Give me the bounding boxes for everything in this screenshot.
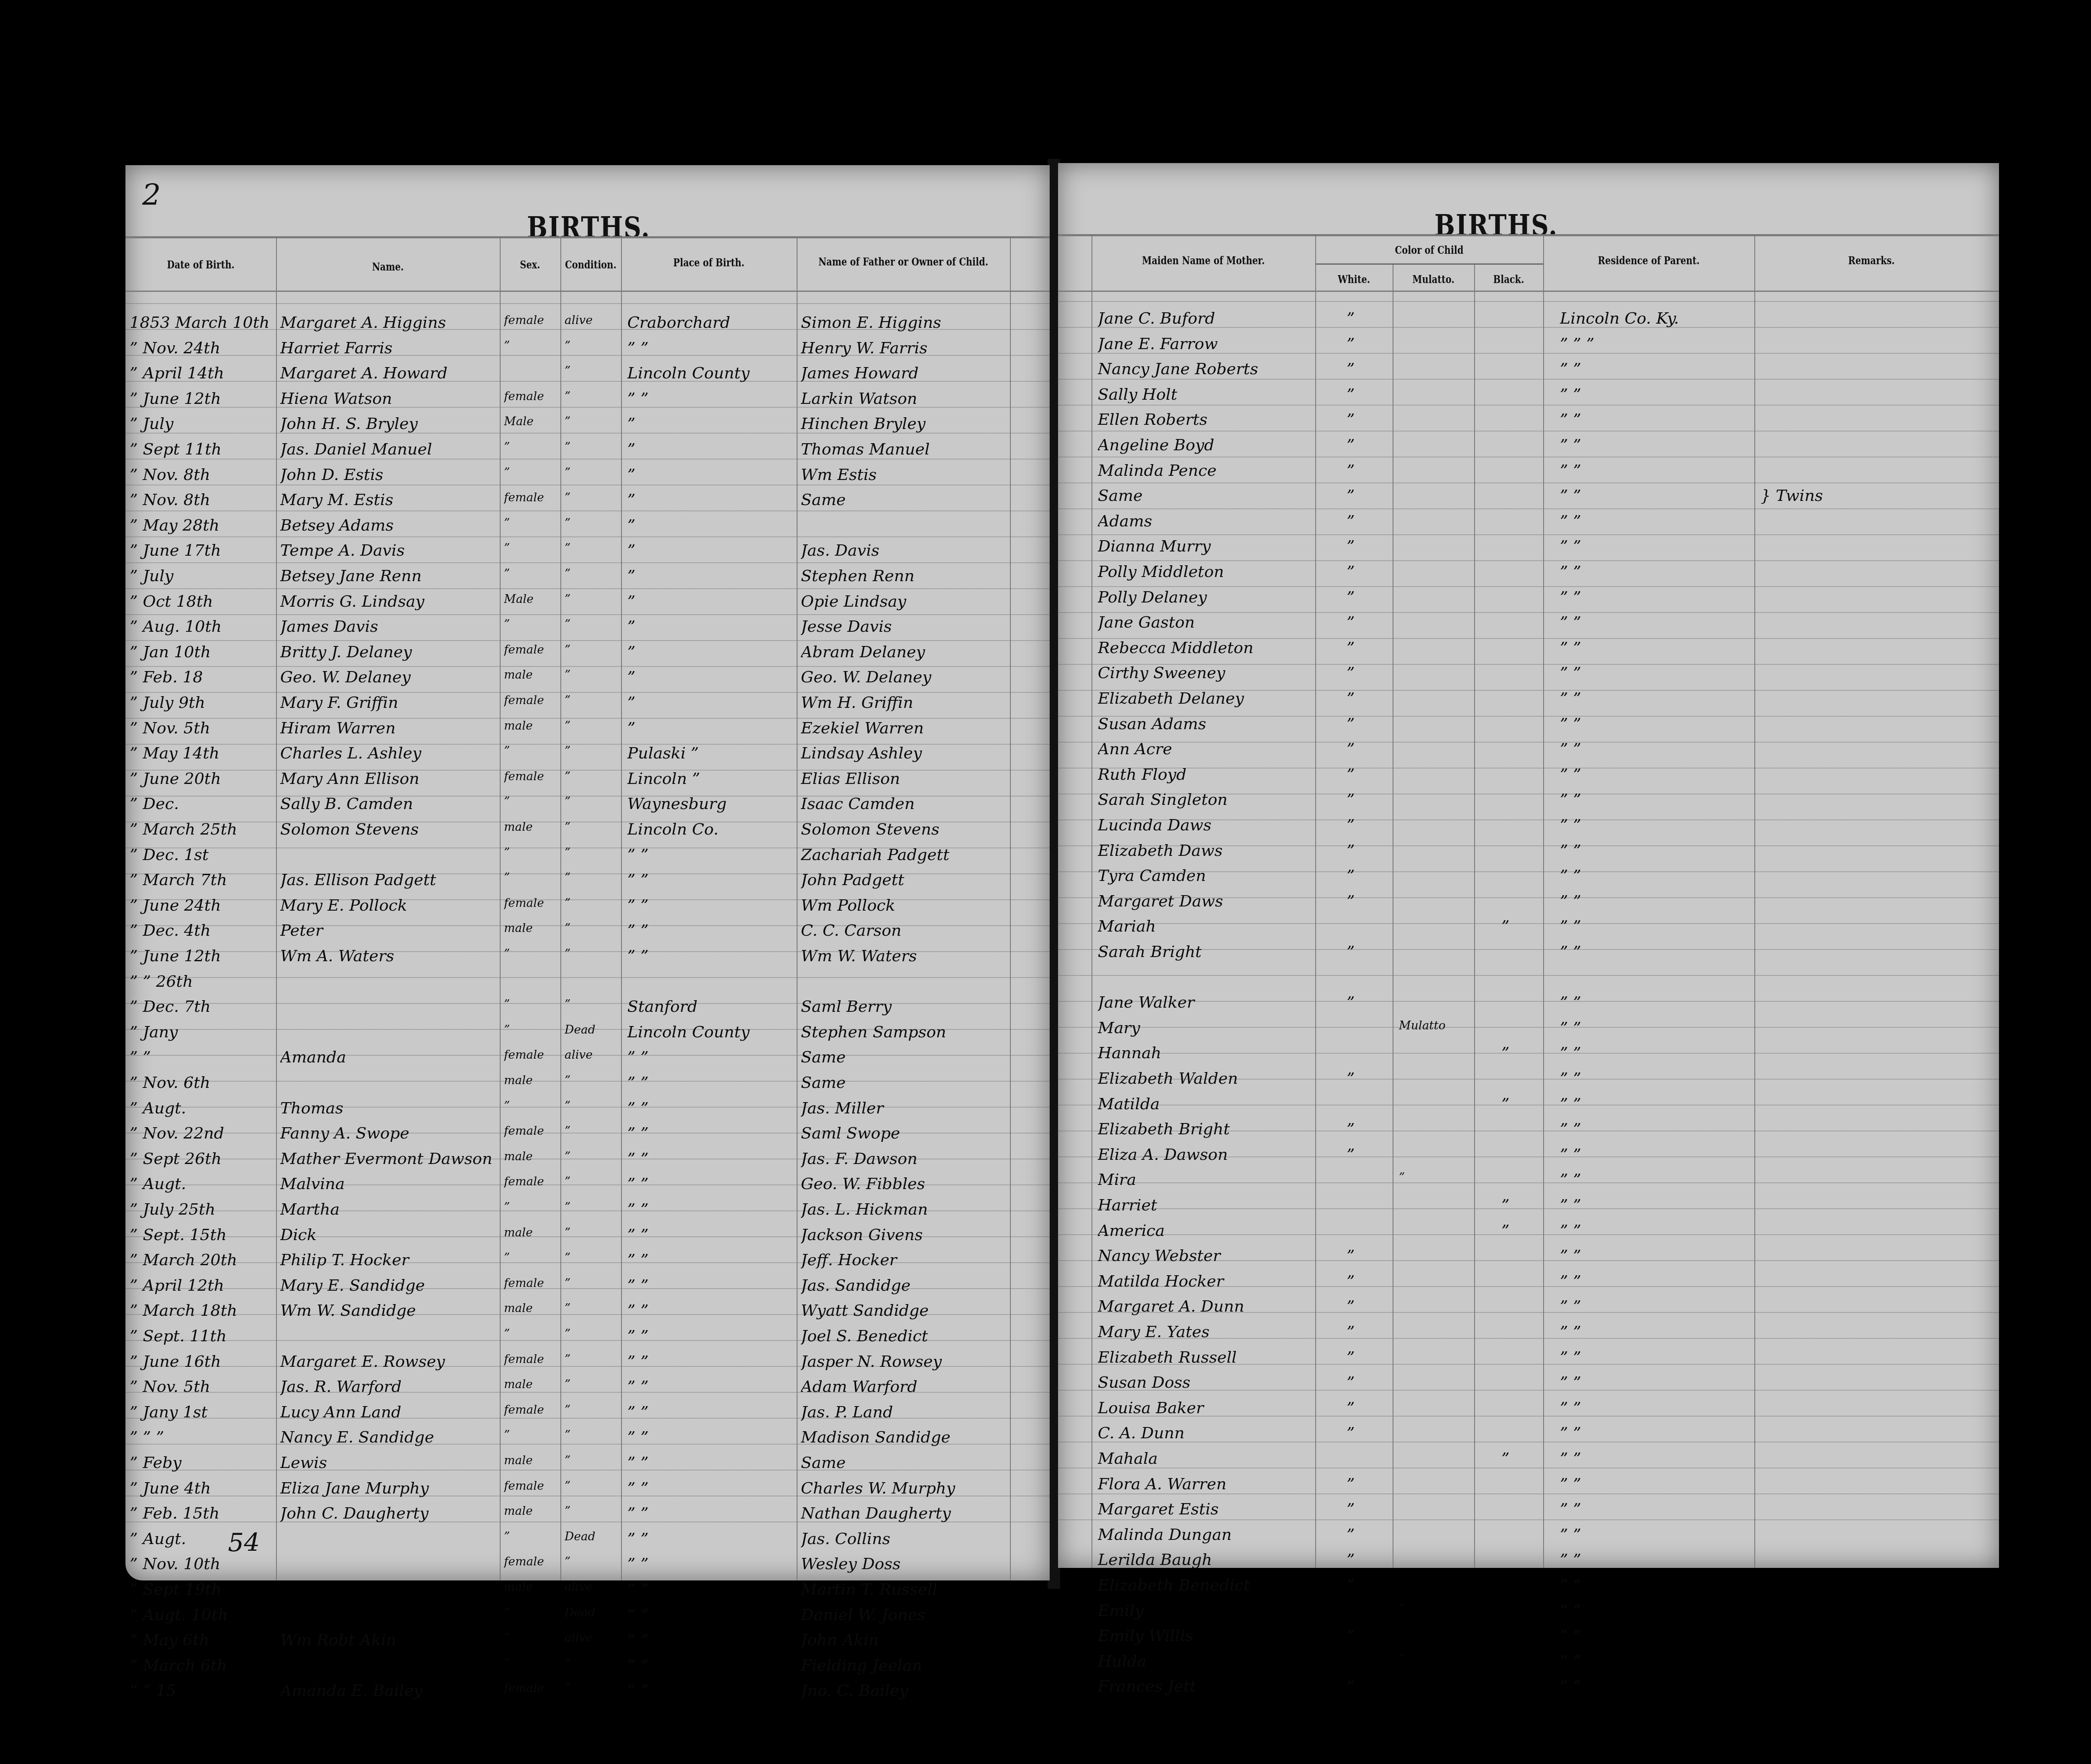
cell-condition: ”: [565, 871, 619, 884]
cell-place: ” ”: [627, 845, 795, 864]
cell-white: ”: [1347, 740, 1388, 758]
cell-name: Philip T. Hocker: [280, 1251, 498, 1269]
cell-condition: alive: [565, 1631, 619, 1644]
cell-residence: ” ”: [1560, 765, 1752, 784]
cell-condition: ”: [565, 1124, 619, 1138]
table-row: ” April 12thMary E. Sandidgefemale”” ”Ja…: [125, 1274, 1050, 1300]
cell-mulatto: ”: [1399, 1652, 1472, 1666]
cell-residence: ” ”: [1560, 715, 1752, 733]
cell-mother: Jane E. Farrow: [1098, 334, 1313, 353]
cell-father: Jno. C. Bailey: [801, 1681, 1008, 1700]
table-row: ” Feb. 15thJohn C. Daughertymale”” ”Nath…: [125, 1502, 1050, 1528]
cell-place: ”: [627, 541, 795, 559]
cell-place: ” ”: [627, 1529, 795, 1548]
cell-sex: Male: [504, 414, 558, 428]
cell-father: Abram Delaney: [801, 643, 1008, 661]
cell-condition: ”: [565, 794, 619, 808]
table-row: ” Dec. 1st””” ”Zachariah Padgett: [125, 844, 1050, 870]
cell-mother: Margaret A. Dunn: [1098, 1297, 1313, 1315]
table-row: ” Jany”DeadLincoln CountyStephen Sampson: [125, 1021, 1050, 1047]
cell-condition: ”: [565, 997, 619, 1011]
cell-white: ”: [1347, 841, 1388, 860]
cell-sex: ”: [504, 947, 558, 960]
table-row: Malinda Pence”” ”: [1058, 460, 1999, 485]
cell-mother: Adams: [1098, 512, 1313, 530]
cell-sex: ”: [504, 465, 558, 479]
table-row: Nancy Jane Roberts”” ”: [1058, 358, 1999, 384]
cell-mother: Jane Walker: [1098, 993, 1313, 1011]
table-row: Elizabeth Russell”” ”: [1058, 1346, 1999, 1372]
table-row: ” Nov. 5thJas. R. Warfordmale”” ”Adam Wa…: [125, 1376, 1050, 1401]
table-row: ” June 4thEliza Jane Murphyfemale”” ”Cha…: [125, 1477, 1050, 1503]
cell-mother: Nancy Webster: [1098, 1246, 1313, 1265]
cell-father: Jackson Givens: [801, 1225, 1008, 1244]
cell-father: Jasper N. Rowsey: [801, 1352, 1008, 1371]
cell-father: Wm H. Griffin: [801, 693, 1008, 712]
col-mother: Maiden Name of Mother.: [1092, 254, 1315, 267]
table-row: Emily Willis”” ”: [1058, 1625, 1999, 1651]
table-row: Polly Middleton”” ”: [1058, 561, 1999, 587]
cell-sex: Male: [504, 592, 558, 606]
cell-condition: ”: [565, 1555, 619, 1568]
cell-name: Betsey Jane Renn: [280, 567, 498, 585]
cell-mother: Elizabeth Delaney: [1098, 689, 1313, 707]
table-row: Angeline Boyd”” ”: [1058, 434, 1999, 460]
cell-condition: ”: [565, 1099, 619, 1113]
table-row: ” ” 26th: [125, 970, 1050, 996]
cell-place: ” ”: [627, 1656, 795, 1675]
cell-sex: ”: [504, 1023, 558, 1036]
cell-mother: Susan Doss: [1098, 1373, 1313, 1391]
cell-place: ” ”: [627, 1301, 795, 1320]
cell-mother: Emily: [1098, 1601, 1313, 1620]
cell-place: ”: [627, 465, 795, 484]
cell-condition: ”: [565, 1403, 619, 1417]
cell-place: ” ”: [627, 1099, 795, 1117]
cell-sex: ”: [504, 516, 558, 530]
cell-condition: ”: [565, 1428, 619, 1442]
table-row: ” Nov. 8thMary M. Estisfemale””Same: [125, 489, 1050, 515]
cell-place: ” ”: [627, 947, 795, 965]
cell-date: ” Sept. 11th: [130, 1327, 274, 1345]
table-row: Louisa Baker”” ”: [1058, 1397, 1999, 1423]
cell-residence: ” ”: [1560, 1272, 1752, 1290]
table-row: ” Nov. 24thHarriet Farris””” ”Henry W. F…: [125, 337, 1050, 363]
cell-condition: ”: [565, 1504, 619, 1518]
cell-residence: ” ”: [1560, 1120, 1752, 1138]
cell-sex: female: [504, 1124, 558, 1138]
cell-date: ” Dec. 4th: [130, 921, 274, 939]
cell-condition: ”: [565, 1251, 619, 1264]
table-row: Emily”” ”: [1058, 1600, 1999, 1626]
cell-residence: ” ”: [1560, 1246, 1752, 1265]
table-row: ” Augt.”Dead” ”Jas. Collins: [125, 1528, 1050, 1554]
cell-condition: ”: [565, 1377, 619, 1391]
table-row: ” Sept. 11th””” ”Joel S. Benedict: [125, 1325, 1050, 1351]
color-group-rule: [1315, 263, 1543, 265]
cell-date: ” Feby: [130, 1453, 274, 1472]
table-row: Polly Delaney”” ”: [1058, 586, 1999, 612]
cell-residence: ” ”: [1560, 993, 1752, 1011]
cell-place: ”: [627, 567, 795, 585]
cell-date: ” Dec.: [130, 794, 274, 813]
table-row: Matilda”” ”: [1058, 1093, 1999, 1119]
cell-white: ”: [1347, 1475, 1388, 1493]
cell-mother: Emily Willis: [1098, 1626, 1313, 1645]
cell-name: Peter: [280, 921, 498, 939]
cell-place: ” ”: [627, 1631, 795, 1649]
table-row: ” Sept 26thMather Evermont Dawsonmale”” …: [125, 1148, 1050, 1174]
cell-mother: Dianna Murry: [1098, 537, 1313, 555]
cell-white: ”: [1347, 1348, 1388, 1366]
cell-white: ”: [1347, 562, 1388, 581]
cell-father: Jas. P. Land: [801, 1403, 1008, 1421]
cell-residence: ” ”: [1560, 917, 1752, 935]
cell-mulatto: ”: [1399, 1170, 1472, 1184]
cell-name: Geo. W. Delaney: [280, 668, 498, 686]
cell-date: ” Sept. 15th: [130, 1225, 274, 1244]
cell-father: Adam Warford: [801, 1377, 1008, 1396]
cell-date: ” Dec. 7th: [130, 997, 274, 1016]
cell-residence: ” ”: [1560, 1576, 1752, 1594]
cell-name: Thomas: [280, 1099, 498, 1117]
cell-father: Stephen Renn: [801, 567, 1008, 585]
cell-father: Lindsay Ashley: [801, 744, 1008, 762]
cell-residence: Lincoln Co. Ky.: [1560, 309, 1752, 327]
cell-condition: ”: [565, 1200, 619, 1214]
table-row: Rebecca Middleton”” ”: [1058, 637, 1999, 663]
table-row: ” Augt.Malvinafemale”” ”Geo. W. Fibbles: [125, 1173, 1050, 1199]
cell-place: ”: [627, 490, 795, 509]
cell-condition: ”: [565, 1225, 619, 1239]
cell-sex: female: [504, 769, 558, 783]
cell-date: ” March 7th: [130, 871, 274, 889]
cell-date: ” Sept 19th: [130, 1580, 274, 1598]
cell-name: Lewis: [280, 1453, 498, 1472]
cell-date: ” Augt.: [130, 1174, 274, 1193]
cell-residence: ” ”: [1560, 562, 1752, 581]
cell-place: Lincoln County: [627, 364, 795, 382]
cell-sex: female: [504, 1048, 558, 1062]
cell-mother: C. A. Dunn: [1098, 1424, 1313, 1442]
cell-condition: ”: [565, 1453, 619, 1467]
cell-mother: Jane Gaston: [1098, 613, 1313, 631]
cell-residence: ” ”: [1560, 436, 1752, 454]
table-row: ” Sept 19thmalealive” ”Martin T. Russell: [125, 1578, 1050, 1604]
cell-father: Jas. L. Hickman: [801, 1200, 1008, 1218]
cell-condition: ”: [565, 364, 619, 378]
cell-father: Wm W. Waters: [801, 947, 1008, 965]
cell-father: Wesley Doss: [801, 1555, 1008, 1573]
table-row: ” March 25thSolomon Stevensmale”Lincoln …: [125, 818, 1050, 844]
cell-white: ”: [1347, 1069, 1388, 1088]
cell-condition: Dead: [565, 1023, 619, 1036]
cell-mother: Louisa Baker: [1098, 1399, 1313, 1417]
cell-condition: ”: [565, 440, 619, 454]
cell-condition: ”: [565, 719, 619, 733]
cell-white: ”: [1347, 638, 1388, 657]
cell-mother: Hannah: [1098, 1044, 1313, 1062]
table-row: Elizabeth Daws”” ”: [1058, 840, 1999, 865]
cell-white: ”: [1347, 942, 1388, 961]
cell-sex: female: [504, 389, 558, 403]
cell-condition: ”: [565, 516, 619, 530]
cell-place: ” ”: [627, 1276, 795, 1294]
cell-father: Simon E. Higgins: [801, 313, 1008, 332]
cell-residence: ” ”: [1560, 816, 1752, 834]
cell-father: John Padgett: [801, 871, 1008, 889]
page-title: BIRTHS.: [527, 210, 650, 245]
cell-sex: male: [504, 1580, 558, 1594]
table-row: ” July 25thMartha””” ”Jas. L. Hickman: [125, 1198, 1050, 1224]
cell-date: ” March 25th: [130, 820, 274, 838]
cell-date: ” April 14th: [130, 364, 274, 382]
table-row: Elizabeth Delaney”” ”: [1058, 687, 1999, 713]
table-row: ” June 20thMary Ann Ellisonfemale”Lincol…: [125, 768, 1050, 794]
cell-white: ”: [1347, 385, 1388, 403]
table-row: Susan Adams”” ”: [1058, 713, 1999, 739]
cell-sex: ”: [504, 1200, 558, 1214]
cell-condition: ”: [565, 947, 619, 960]
cell-name: John D. Estis: [280, 465, 498, 484]
col-mulatto: Mulatto.: [1393, 273, 1474, 286]
header-rule: [125, 236, 1050, 238]
cell-condition: ”: [565, 1656, 619, 1670]
cell-condition: ”: [565, 1681, 619, 1695]
table-row: Ruth Floyd”” ”: [1058, 763, 1999, 789]
cell-sex: female: [504, 1681, 558, 1695]
cell-residence: ” ”: [1560, 1044, 1752, 1062]
cell-condition: alive: [565, 313, 619, 327]
cell-sex: ”: [504, 845, 558, 859]
cell-sex: female: [504, 1352, 558, 1366]
table-row: Mahala”” ”: [1058, 1447, 1999, 1473]
cell-condition: ”: [565, 389, 619, 403]
cell-father: Same: [801, 490, 1008, 509]
cell-father: Isaac Camden: [801, 794, 1008, 813]
cell-name: Wm Robt Akin: [280, 1631, 498, 1649]
col-date-of-birth: Date of Birth.: [134, 258, 268, 271]
cell-mother: Nancy Jane Roberts: [1098, 360, 1313, 378]
cell-date: ” Augt.: [130, 1099, 274, 1117]
table-row: Hulda”” ”: [1058, 1650, 1999, 1676]
cell-residence: ” ”: [1560, 461, 1752, 480]
table-row: ” Nov. 22ndFanny A. Swopefemale”” ”Saml …: [125, 1122, 1050, 1148]
cell-name: Mary E. Pollock: [280, 896, 498, 914]
table-row: ” March 6th””” ”Fielding Jeelan: [125, 1654, 1050, 1680]
cell-sex: ”: [504, 997, 558, 1011]
cell-white: ”: [1347, 993, 1388, 1011]
cell-condition: ”: [565, 769, 619, 783]
table-row: Tyra Camden”” ”: [1058, 865, 1999, 891]
cell-residence: ” ”: [1560, 892, 1752, 910]
cell-name: Margaret A. Howard: [280, 364, 498, 382]
cell-mother: Frances Jett: [1098, 1677, 1313, 1695]
cell-father: Hinchen Bryley: [801, 414, 1008, 433]
cell-father: Jas. Collins: [801, 1529, 1008, 1548]
cell-sex: ”: [504, 1251, 558, 1264]
cell-mother: Harriet: [1098, 1196, 1313, 1214]
cell-father: Saml Berry: [801, 997, 1008, 1016]
cell-residence: ” ”: [1560, 790, 1752, 809]
cell-condition: ”: [565, 820, 619, 834]
cell-date: ” Nov. 8th: [130, 490, 274, 509]
table-row: Margaret Daws”” ”: [1058, 890, 1999, 916]
cell-father: Jas. F. Dawson: [801, 1149, 1008, 1168]
cell-date: ” July: [130, 414, 274, 433]
cell-mother: Angeline Boyd: [1098, 436, 1313, 454]
cell-residence: ” ”: [1560, 1221, 1752, 1240]
cell-residence: ” ”: [1560, 1652, 1752, 1670]
cell-father: Martin T. Russell: [801, 1580, 1008, 1598]
cell-white: ”: [1347, 1120, 1388, 1138]
cell-white: ”: [1347, 1145, 1388, 1164]
cell-name: Fanny A. Swope: [280, 1124, 498, 1142]
cell-sex: female: [504, 1276, 558, 1290]
table-row: Adams”” ”: [1058, 510, 1999, 536]
cell-white: ”: [1347, 486, 1388, 505]
cell-name: James Davis: [280, 617, 498, 636]
cell-place: ” ”: [627, 1580, 795, 1598]
cell-name: John C. Daugherty: [280, 1504, 498, 1522]
cell-father: Solomon Stevens: [801, 820, 1008, 838]
cell-date: ” July 9th: [130, 693, 274, 712]
cell-mother: Matilda Hocker: [1098, 1272, 1313, 1290]
cell-sex: female: [504, 1555, 558, 1568]
cell-condition: ”: [565, 921, 619, 935]
cell-sex: ”: [504, 1099, 558, 1113]
table-row: ” June 16thMargaret E. Rowseyfemale”” ”J…: [125, 1350, 1050, 1376]
cell-residence: ” ”: [1560, 1475, 1752, 1493]
cell-condition: ”: [565, 744, 619, 758]
cell-father: Same: [801, 1048, 1008, 1066]
cell-place: ” ”: [627, 389, 795, 408]
cell-name: Mary M. Estis: [280, 490, 498, 509]
cell-mother: Tyra Camden: [1098, 866, 1313, 885]
cell-place: ”: [627, 617, 795, 636]
cell-white: ”: [1347, 1626, 1388, 1645]
table-row: America”” ”: [1058, 1220, 1999, 1246]
cell-white: ”: [1347, 866, 1388, 885]
cell-white: ”: [1347, 790, 1388, 809]
cell-black: ”: [1501, 1044, 1541, 1062]
cell-sex: female: [504, 1174, 558, 1188]
cell-place: ” ”: [627, 1225, 795, 1244]
cell-father: Fielding Jeelan: [801, 1656, 1008, 1675]
cell-place: ”: [627, 414, 795, 433]
cell-residence: ” ”: [1560, 1348, 1752, 1366]
cell-name: Sally B. Camden: [280, 794, 498, 813]
table-row: Flora A. Warren”” ”: [1058, 1473, 1999, 1499]
cell-name: Betsey Adams: [280, 516, 498, 534]
cell-place: Craborchard: [627, 313, 795, 332]
cell-condition: ”: [565, 490, 619, 504]
cell-date: ” Jan 10th: [130, 643, 274, 661]
cell-residence: ” ”: [1560, 1449, 1752, 1468]
cell-date: ” May 28th: [130, 516, 274, 534]
cell-name: Eliza Jane Murphy: [280, 1479, 498, 1497]
cell-condition: ”: [565, 1073, 619, 1087]
cell-date: ” July 25th: [130, 1200, 274, 1218]
cell-residence: ” ”: [1560, 664, 1752, 682]
table-row: ” Dec. 7th””StanfordSaml Berry: [125, 996, 1050, 1021]
table-row: Eliza A. Dawson”” ”: [1058, 1144, 1999, 1169]
cell-date: ” June 20th: [130, 769, 274, 788]
cell-residence: ” ”: [1560, 1626, 1752, 1645]
table-row: ” Jan 10thBritty J. Delaneyfemale””Abram…: [125, 641, 1050, 667]
cell-condition: ”: [565, 592, 619, 606]
cell-condition: ”: [565, 1301, 619, 1315]
entry-count: 54: [228, 1528, 260, 1557]
table-row: Elizabeth Walden”” ”: [1058, 1067, 1999, 1093]
cell-residence: ” ”: [1560, 537, 1752, 555]
table-row: ” June 24thMary E. Pollockfemale”” ”Wm P…: [125, 894, 1050, 920]
cell-residence: ” ”: [1560, 1601, 1752, 1620]
table-row: ” Nov. 8thJohn D. Estis”””Wm Estis: [125, 464, 1050, 490]
table-row: Hannah”” ”: [1058, 1042, 1999, 1068]
cell-residence: ” ”: [1560, 689, 1752, 707]
cell-residence: ” ”: [1560, 1145, 1752, 1164]
cell-name: Margaret E. Rowsey: [280, 1352, 498, 1371]
table-row: ” Nov. 5thHiram Warrenmale””Ezekiel Warr…: [125, 717, 1050, 743]
cell-condition: ”: [565, 414, 619, 428]
cell-mother: Lucinda Daws: [1098, 816, 1313, 834]
table-row: ” ” ”Nancy E. Sandidge””” ”Madison Sandi…: [125, 1426, 1050, 1452]
cell-date: ” Jany: [130, 1023, 274, 1041]
cell-sex: ”: [504, 339, 558, 352]
table-row: Mariah”” ”: [1058, 915, 1999, 941]
table-row: ” JulyJohn H. S. BryleyMale””Hinchen Bry…: [125, 413, 1050, 439]
col-color-group: Color of Child: [1315, 243, 1543, 256]
cell-date: ” June 17th: [130, 541, 274, 559]
cell-residence: ” ”: [1560, 1550, 1752, 1569]
cell-white: ”: [1347, 410, 1388, 429]
cell-father: Geo. W. Delaney: [801, 668, 1008, 686]
cell-white: ”: [1347, 892, 1388, 910]
cell-name: Lucy Ann Land: [280, 1403, 498, 1421]
cell-sex: male: [504, 1225, 558, 1239]
cell-sex: male: [504, 921, 558, 935]
cell-residence: ” ”: [1560, 740, 1752, 758]
cell-date: ” ”: [130, 1048, 274, 1066]
cell-place: ” ”: [627, 1403, 795, 1421]
table-row: ” May 14thCharles L. Ashley””Pulaski ”Li…: [125, 742, 1050, 768]
table-row: ” FebyLewismale”” ”Same: [125, 1452, 1050, 1478]
cell-mother: Malinda Pence: [1098, 461, 1313, 480]
cell-sex: ”: [504, 541, 558, 555]
cell-place: ”: [627, 668, 795, 686]
cell-name: Dick: [280, 1225, 498, 1244]
cell-sex: ”: [504, 1606, 558, 1619]
cell-condition: Dead: [565, 1606, 619, 1619]
cell-condition: ”: [565, 617, 619, 631]
cell-white: ”: [1347, 664, 1388, 682]
cell-father: Henry W. Farris: [801, 339, 1008, 357]
table-row: Lucinda Daws”” ”: [1058, 814, 1999, 840]
cell-sex: ”: [504, 1631, 558, 1644]
cell-white: ”: [1347, 1246, 1388, 1265]
cell-date: ” Feb. 15th: [130, 1504, 274, 1522]
cell-mother: Ann Acre: [1098, 740, 1313, 758]
cell-place: ” ”: [627, 1327, 795, 1345]
cell-sex: female: [504, 693, 558, 707]
cell-date: ” Nov. 24th: [130, 339, 274, 357]
cell-place: ” ”: [627, 1048, 795, 1066]
table-row: Margaret Estis”” ”: [1058, 1498, 1999, 1524]
cell-father: Same: [801, 1073, 1008, 1092]
col-condition: Condition.: [560, 258, 621, 271]
cell-sex: female: [504, 1479, 558, 1493]
